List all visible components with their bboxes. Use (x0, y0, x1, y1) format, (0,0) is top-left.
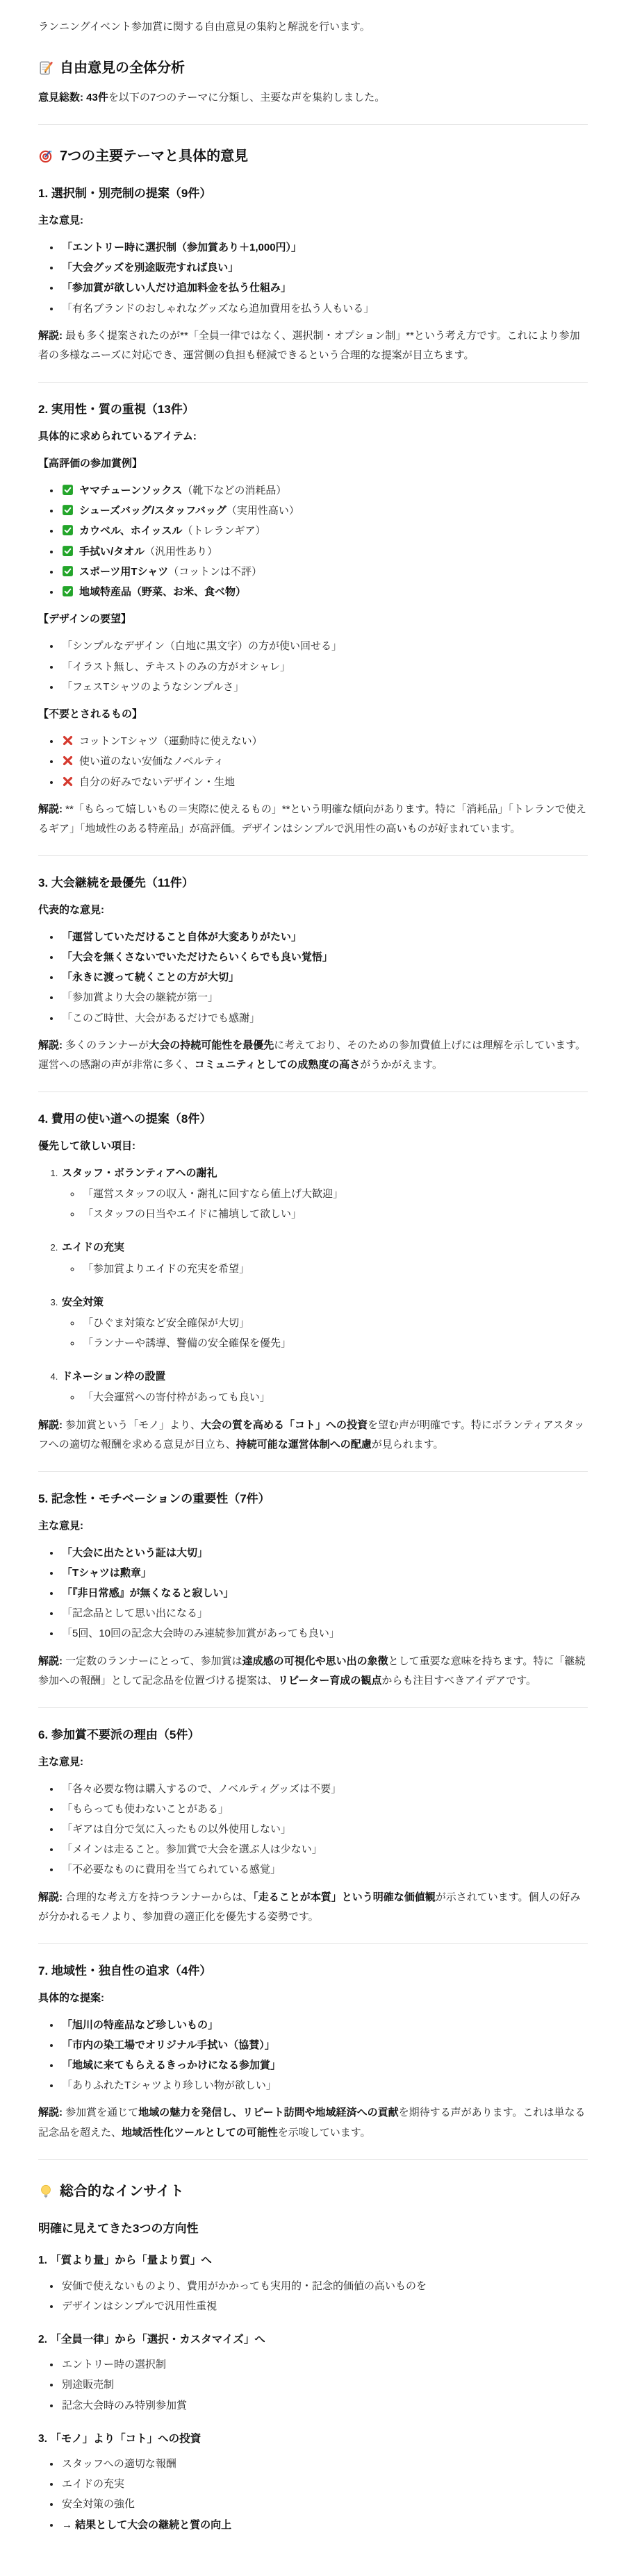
text-run: 「メインは走ること。参加賞で大会を選ぶ人は少ない」 (62, 1843, 322, 1855)
text-run: 「5回、10回の記念大会時のみ連続参加賞があっても良い」 (62, 1628, 340, 1639)
theme-5-label: 主な意見: (38, 1516, 588, 1536)
insights-subheading: 明確に見えてきた3つの方向性 (38, 2220, 588, 2238)
bold-text-run: 意見総数: 43件 (38, 92, 108, 103)
list-item: 安価で使えないものより、費用がかかっても実用的・記念的価値の高いものを (60, 2277, 588, 2296)
theme-3-opinions: 「運営していただけること自体が大変ありがたい」「大会を無くさないでいただけたらい… (38, 928, 588, 1028)
list-item: 「シンプルなデザイン（白地に黒文字）の方が使い回せる」 (60, 637, 588, 656)
theme-5-heading: 5. 記念性・モチベーションの重要性（7件） (38, 1490, 588, 1508)
list-item: エントリー時の選択制 (60, 2355, 588, 2375)
theme-5-opinions: 「大会に出たという証は大切」「Tシャツは勲章」「『非日常感』が無くなると寂しい」… (38, 1544, 588, 1644)
insight-2-points: エントリー時の選択制別途販売制記念大会時のみ特別参加賞 (38, 2355, 588, 2416)
bold-text-run: 「『非日常感』が無くなると寂しい」 (62, 1587, 234, 1599)
theme-2-label: 具体的に求められているアイテム: (38, 427, 588, 446)
heading-text: 4. 費用の使い道への提案（8件） (38, 1112, 211, 1126)
insight-2-heading: 2. 「全員一律」から「選択・カスタマイズ」へ (38, 2332, 588, 2348)
sub-list-item: 「ランナーや誘導、警備の安全確保を優先」 (81, 1334, 588, 1353)
list-item: 「運営していただけること自体が大変ありがたい」 (60, 928, 588, 947)
intro-paragraph: ランニングイベント参加賞に関する自由意見の集約と解説を行います。 (38, 17, 588, 37)
text-run: 「ひぐま対策など安全確保が大切」 (83, 1317, 249, 1329)
text-run: 「参加賞より大会の継続が第一」 (62, 992, 218, 1003)
list-item: 使い道のない安価なノベルティ (60, 752, 588, 771)
theme-3-heading: 3. 大会継続を最優先（11件） (38, 874, 588, 892)
list-item: 「大会に出たという証は大切」 (60, 1544, 588, 1563)
bold-text-run: 具体的に求められているアイテム: (38, 430, 197, 442)
text-run: スタッフへの適切な報酬 (62, 2458, 176, 2470)
bold-text-run: 達成感の可視化や思い出の象徴 (242, 1655, 388, 1667)
theme-3-label: 代表的な意見: (38, 901, 588, 920)
text-run: 「スタッフの日当やエイドに補填して欲しい」 (83, 1208, 302, 1220)
theme-2-sublabel-good: 【高評価の参加賞例】 (38, 454, 588, 474)
text-run: 使い道のない安価なノベルティ (79, 755, 224, 767)
text-run: 「ランナーや誘導、警備の安全確保を優先」 (83, 1337, 291, 1349)
text-run: **「もらって嬉しいもの＝実際に使えるもの」**という明確な傾向があります。特に… (38, 803, 586, 835)
bold-text-run: 「運営していただけること自体が大変ありがたい」 (62, 931, 302, 943)
text-run: 「運営スタッフの収入・謝礼に回すなら値上げ大歓迎」 (83, 1188, 343, 1200)
sub-list-item: 「運営スタッフの収入・謝礼に回すなら値上げ大歓迎」 (81, 1185, 588, 1204)
theme-1-heading: 1. 選択制・別売制の提案（9件） (38, 185, 588, 203)
bold-text-run: 解説: (38, 803, 65, 815)
numbered-item: エイドの充実「参加賞よりエイドの充実を希望」 (60, 1238, 588, 1278)
bold-text-run: 「地域に来てもらえるきっかけになる参加賞」 (62, 2059, 281, 2071)
bold-text-run: コミュニティとしての成熟度の高さ (195, 1059, 361, 1071)
bold-text-run: 持続可能な運営体制への配慮 (236, 1439, 372, 1450)
text-run: コットンTシャツ（運動時に使えない） (79, 735, 263, 747)
list-item: 「不必要なものに費用を当てられている感覚」 (60, 1860, 588, 1880)
sub-list-item: 「ひぐま対策など安全確保が大切」 (81, 1314, 588, 1333)
bold-text-run: 安全対策 (62, 1296, 104, 1308)
bold-text-run: 「大会に出たという証は大切」 (62, 1547, 208, 1559)
divider (38, 2159, 588, 2160)
bold-text-run: 主な意見: (38, 215, 83, 226)
text-run: 自分の好みでないデザイン・生地 (79, 776, 235, 788)
divider (38, 1707, 588, 1708)
bold-text-run: 【デザインの要望】 (38, 613, 131, 625)
list-item: 「エントリー時に選択制（参加賞あり＋1,000円）」 (60, 238, 588, 258)
theme-4-priorities: スタッフ・ボランティアへの謝礼「運営スタッフの収入・謝礼に回すなら値上げ大歓迎」… (38, 1164, 588, 1408)
theme-2-sublabel-unwanted: 【不要とされるもの】 (38, 705, 588, 724)
heading-text: 3. 大会継続を最優先（11件） (38, 876, 194, 889)
text-run: からも注目すべきアイデアです。 (381, 1675, 536, 1687)
numbered-item: ドネーション枠の設置「大会運営への寄付枠があっても良い」 (60, 1367, 588, 1407)
text-run: を以下の7つのテーマに分類し、主要な声を集約しました。 (108, 92, 385, 103)
theme-7-opinions: 「旭川の特産品など珍しいもの」「市内の染工場でオリジナル手拭い（協賛）」「地域に… (38, 2016, 588, 2096)
bold-text-run: 「エントリー時に選択制（参加賞あり＋1,000円）」 (62, 242, 302, 253)
bold-text-run: 【不要とされるもの】 (38, 708, 142, 720)
bold-text-run: ヤマチューンソックス (79, 485, 182, 496)
text-run: 「ありふれたTシャツより珍しい物が欲しい」 (62, 2080, 277, 2091)
insight-3-points: スタッフへの適切な報酬エイドの充実安全対策の強化→ 結果として大会の継続と質の向… (38, 2454, 588, 2535)
heading-text: 2. 「全員一律」から「選択・カスタマイズ」へ (38, 2334, 265, 2345)
check-icon (62, 484, 74, 496)
theme-6-heading: 6. 参加賞不要派の理由（5件） (38, 1726, 588, 1744)
check-icon (62, 565, 74, 577)
memo-icon (38, 60, 53, 76)
list-item: コットンTシャツ（運動時に使えない） (60, 732, 588, 751)
bold-text-run: 解説: (38, 1891, 65, 1903)
divider (38, 382, 588, 383)
bold-text-run: 主な意見: (38, 1520, 83, 1532)
list-item: カウベル、ホイッスル（トレランギア） (60, 521, 588, 541)
bold-text-run: 大会の質を高める「コト」への投資 (201, 1419, 368, 1431)
theme-2-unwanted-items: コットンTシャツ（運動時に使えない）使い道のない安価なノベルティ自分の好みでない… (38, 732, 588, 792)
cross-icon (62, 755, 74, 767)
insight-1-points: 安価で使えないものより、費用がかかっても実用的・記念的価値の高いものをデザインは… (38, 2277, 588, 2316)
heading-text: 6. 参加賞不要派の理由（5件） (38, 1728, 199, 1741)
bold-text-run: → 結果として大会の継続と質の向上 (62, 2519, 231, 2531)
text-run: 「大会運営への寄付枠があっても良い」 (83, 1391, 270, 1403)
bold-text-run: スポーツ用Tシャツ (79, 566, 168, 578)
list-item: 自分の好みでないデザイン・生地 (60, 773, 588, 792)
bold-text-run: 手拭い/タオル (79, 546, 145, 558)
text-run: 多くのランナーが (65, 1039, 149, 1051)
heading-text: 7つの主要テーマと具体的意見 (60, 146, 248, 167)
insight-3-heading: 3. 「モノ」より「コト」への投資 (38, 2431, 588, 2447)
text-run: 「有名ブランドのおしゃれなグッズなら追加費用を払う人もいる」 (62, 303, 374, 315)
theme-7-commentary: 解説: 参加賞を通じて地域の魅力を発信し、リピート訪問や地域経済への貢献を期待す… (38, 2103, 588, 2142)
text-run: 「各々必要な物は購入するので、ノベルティグッズは不要」 (62, 1783, 341, 1795)
theme-7-heading: 7. 地域性・独自性の追求（4件） (38, 1962, 588, 1980)
text-run: 「シンプルなデザイン（白地に黒文字）の方が使い回せる」 (62, 640, 342, 652)
text-run: 参加賞という「モノ」より、 (65, 1419, 201, 1431)
bold-text-run: 解説: (38, 1419, 65, 1431)
bold-text-run: エイドの充実 (62, 1241, 124, 1253)
bold-text-run: 解説: (38, 330, 65, 342)
text-run: （トレランギア） (183, 525, 266, 537)
heading-text: 1. 「質より量」から「量より質」へ (38, 2255, 212, 2266)
theme-4-label: 優先して欲しい項目: (38, 1137, 588, 1156)
theme-2-heading: 2. 実用性・質の重視（13件） (38, 401, 588, 419)
theme-6-commentary: 解説: 合理的な考え方を持つランナーからは、「走ることが本質」という明確な価値観… (38, 1888, 588, 1927)
document-body: ランニングイベント参加賞に関する自由意見の集約と解説を行います。自由意見の全体分… (38, 17, 588, 2535)
check-icon (62, 504, 74, 516)
theme-4-heading: 4. 費用の使い道への提案（8件） (38, 1110, 588, 1128)
list-item: 安全対策の強化 (60, 2495, 588, 2514)
list-item: 「地域に来てもらえるきっかけになる参加賞」 (60, 2056, 588, 2075)
bold-text-run: 具体的な提案: (38, 1992, 104, 2004)
divider (38, 1092, 588, 1092)
list-item: 地域特産品（野菜、お米、食べ物） (60, 583, 588, 602)
theme-2-sublabel-design: 【デザインの要望】 (38, 610, 588, 629)
bulb-icon (38, 2184, 53, 2199)
text-run: 「不必要なものに費用を当てられている感覚」 (62, 1864, 281, 1875)
bold-text-run: 「大会を無くさないでいただけたらいくらでも良い覚悟」 (62, 951, 333, 963)
list-item: 「参加賞が欲しい人だけ追加料金を払う仕組み」 (60, 278, 588, 298)
theme-2-design-items: 「シンプルなデザイン（白地に黒文字）の方が使い回せる」「イラスト無し、テキストの… (38, 637, 588, 697)
list-item: 「『非日常感』が無くなると寂しい」 (60, 1584, 588, 1603)
list-item: 「メインは走ること。参加賞で大会を選ぶ人は少ない」 (60, 1840, 588, 1859)
bold-text-run: 解説: (38, 1655, 65, 1667)
list-item: シューズバッグ/スタッフバッグ（実用性高い） (60, 501, 588, 521)
list-item: 「ギアは自分で気に入ったもの以外使用しない」 (60, 1820, 588, 1839)
text-run: 「このご時世、大会があるだけでも感謝」 (62, 1012, 260, 1024)
bold-text-run: 優先して欲しい項目: (38, 1140, 135, 1152)
bold-text-run: 「走ることが本質」という明確な価値観 (253, 1891, 436, 1903)
text-run: 「イラスト無し、テキストのみの方がオシャレ」 (62, 661, 290, 673)
list-item: 「フェスTシャツのようなシンプルさ」 (60, 678, 588, 697)
theme-4-commentary: 解説: 参加賞という「モノ」より、大会の質を高める「コト」への投資を望む声が明確… (38, 1416, 588, 1455)
sub-list-item: 「大会運営への寄付枠があっても良い」 (81, 1388, 588, 1407)
bold-text-run: 「市内の染工場でオリジナル手拭い（協賛）」 (62, 2039, 275, 2051)
list-item: 「もらっても使わないことがある」 (60, 1800, 588, 1819)
cross-icon (62, 735, 74, 746)
bold-text-run: 解説: (38, 1039, 65, 1051)
list-item: ヤマチューンソックス（靴下などの消耗品） (60, 481, 588, 501)
text-run: 記念大会時のみ特別参加賞 (62, 2400, 187, 2411)
bold-text-run: シューズバッグ/スタッフバッグ (79, 505, 226, 517)
heading-text: 1. 選択制・別売制の提案（9件） (38, 187, 211, 200)
bold-text-run: ドネーション枠の設置 (62, 1371, 165, 1382)
list-item: 「旭川の特産品など珍しいもの」 (60, 2016, 588, 2035)
text-run: 「記念品として思い出になる」 (62, 1607, 208, 1619)
bold-text-run: 「大会グッズを別途販売すれば良い」 (62, 262, 238, 274)
cross-icon (62, 776, 74, 787)
theme-6-label: 主な意見: (38, 1753, 588, 1772)
list-item: 「ありふれたTシャツより珍しい物が欲しい」 (60, 2076, 588, 2096)
list-item: 手拭い/タオル（汎用性あり） (60, 542, 588, 562)
bold-text-run: 解説: (38, 2107, 65, 2118)
text-run: を示唆しています。 (278, 2127, 371, 2139)
bold-text-run: 「Tシャツは勲章」 (62, 1567, 151, 1579)
sub-bullet-list: 「ひぐま対策など安全確保が大切」「ランナーや誘導、警備の安全確保を優先」 (62, 1314, 588, 1353)
list-item: 「5回、10回の記念大会時のみ連続参加賞があっても良い」 (60, 1624, 588, 1644)
text-run: 合理的な考え方を持つランナーからは、 (65, 1891, 253, 1903)
list-item: 別途販売制 (60, 2375, 588, 2395)
list-item: 「大会を無くさないでいただけたらいくらでも良い覚悟」 (60, 948, 588, 967)
bold-text-run: 「参加賞が欲しい人だけ追加料金を払う仕組み」 (62, 282, 291, 294)
numbered-item: スタッフ・ボランティアへの謝礼「運営スタッフの収入・謝礼に回すなら値上げ大歓迎」… (60, 1164, 588, 1225)
themes-heading: 7つの主要テーマと具体的意見 (38, 146, 588, 167)
sub-bullet-list: 「参加賞よりエイドの充実を希望」 (62, 1260, 588, 1279)
theme-1-label: 主な意見: (38, 211, 588, 231)
text-run: （コットンは不評） (168, 566, 262, 578)
divider (38, 855, 588, 856)
sub-bullet-list: 「運営スタッフの収入・謝礼に回すなら値上げ大歓迎」「スタッフの日当やエイドに補填… (62, 1185, 588, 1224)
heading-text: 明確に見えてきた3つの方向性 (38, 2222, 198, 2235)
list-item: スタッフへの適切な報酬 (60, 2454, 588, 2474)
bold-text-run: 大会の持続可能性を最優先 (149, 1039, 274, 1051)
theme-7-label: 具体的な提案: (38, 1989, 588, 2008)
text-run: が見られます。 (372, 1439, 444, 1450)
text-run: ランニングイベント参加賞に関する自由意見の集約と解説を行います。 (38, 21, 370, 33)
bold-text-run: 地域特産品（野菜、お米、食べ物） (79, 586, 246, 598)
text-run: 安全対策の強化 (62, 2498, 135, 2510)
list-item: 記念大会時のみ特別参加賞 (60, 2396, 588, 2416)
divider (38, 1471, 588, 1472)
theme-1-commentary: 解説: 最も多く提案されたのが**「全員一律ではなく、選択制・オプション制」**… (38, 326, 588, 365)
heading-text: 総合的なインサイト (60, 2181, 184, 2202)
text-run: 「参加賞よりエイドの充実を希望」 (83, 1263, 249, 1275)
theme-2-good-items: ヤマチューンソックス（靴下などの消耗品）シューズバッグ/スタッフバッグ（実用性高… (38, 481, 588, 602)
theme-6-opinions: 「各々必要な物は購入するので、ノベルティグッズは不要」「もらっても使わないことが… (38, 1780, 588, 1880)
text-run: 「フェスTシャツのようなシンプルさ」 (62, 681, 244, 693)
numbered-item: 安全対策「ひぐま対策など安全確保が大切」「ランナーや誘導、警備の安全確保を優先」 (60, 1293, 588, 1354)
text-run: 「ギアは自分で気に入ったもの以外使用しない」 (62, 1823, 291, 1835)
divider (38, 1943, 588, 1944)
bold-text-run: 「永きに渡って続くことの方が大切」 (62, 971, 239, 983)
text-run: （靴下などの消耗品） (182, 485, 286, 496)
text-run: エイドの充実 (62, 2478, 124, 2490)
list-item: 「参加賞より大会の継続が第一」 (60, 988, 588, 1007)
text-run: （実用性高い） (226, 505, 299, 517)
total-count-paragraph: 意見総数: 43件を以下の7つのテーマに分類し、主要な声を集約しました。 (38, 88, 588, 108)
text-run: 最も多く提案されたのが**「全員一律ではなく、選択制・オプション制」**という考… (38, 330, 580, 361)
theme-5-commentary: 解説: 一定数のランナーにとって、参加賞は達成感の可視化や思い出の象徴として重要… (38, 1652, 588, 1691)
heading-text: 3. 「モノ」より「コト」への投資 (38, 2433, 201, 2445)
text-run: がうかがえます。 (360, 1059, 443, 1071)
list-item: エイドの充実 (60, 2475, 588, 2494)
list-item: 「市内の染工場でオリジナル手拭い（協賛）」 (60, 2036, 588, 2055)
bold-text-run: カウベル、ホイッスル (79, 525, 183, 537)
heading-text: 2. 実用性・質の重視（13件） (38, 403, 195, 416)
check-icon (62, 524, 74, 536)
list-item: 「イラスト無し、テキストのみの方がオシャレ」 (60, 658, 588, 677)
insights-heading: 総合的なインサイト (38, 2181, 588, 2202)
text-run: 一定数のランナーにとって、参加賞は (65, 1655, 242, 1667)
bold-text-run: 代表的な意見: (38, 904, 104, 916)
bold-text-run: 「旭川の特産品など珍しいもの」 (62, 2019, 218, 2031)
insight-1-heading: 1. 「質より量」から「量より質」へ (38, 2252, 588, 2268)
bold-text-run: スタッフ・ボランティアへの謝礼 (62, 1167, 217, 1179)
list-item: 「有名ブランドのおしゃれなグッズなら追加費用を払う人もいる」 (60, 299, 588, 319)
list-item: 「永きに渡って続くことの方が大切」 (60, 968, 588, 987)
sub-bullet-list: 「大会運営への寄付枠があっても良い」 (62, 1388, 588, 1407)
bold-text-run: 主な意見: (38, 1756, 83, 1768)
list-item: 「Tシャツは勲章」 (60, 1564, 588, 1583)
bold-text-run: 地域の魅力を発信し、リピート訪問や地域経済への貢献 (138, 2107, 398, 2118)
heading-text: 7. 地域性・独自性の追求（4件） (38, 1964, 211, 1977)
check-icon (62, 545, 74, 557)
bold-text-run: リピーター育成の観点 (278, 1675, 381, 1687)
text-run: エントリー時の選択制 (62, 2359, 166, 2370)
sub-list-item: 「スタッフの日当やエイドに補填して欲しい」 (81, 1205, 588, 1224)
text-run: 「もらっても使わないことがある」 (62, 1803, 229, 1815)
theme-2-commentary: 解説: **「もらって嬉しいもの＝実際に使えるもの」**という明確な傾向がありま… (38, 800, 588, 839)
target-icon (38, 149, 53, 164)
text-run: （汎用性あり） (145, 546, 217, 558)
bold-text-run: 【高評価の参加賞例】 (38, 458, 142, 469)
list-item: 「各々必要な物は購入するので、ノベルティグッズは不要」 (60, 1780, 588, 1799)
list-item: → 結果として大会の継続と質の向上 (60, 2516, 588, 2535)
theme-3-commentary: 解説: 多くのランナーが大会の持続可能性を最優先に考えており、そのための参加費値… (38, 1036, 588, 1075)
check-icon (62, 585, 74, 597)
text-run: 参加賞を通じて (65, 2107, 138, 2118)
heading-text: 自由意見の全体分析 (60, 58, 185, 78)
text-run: 別途販売制 (62, 2379, 114, 2391)
text-run: デザインはシンプルで汎用性重視 (62, 2300, 217, 2312)
theme-1-opinions: 「エントリー時に選択制（参加賞あり＋1,000円）」「大会グッズを別途販売すれば… (38, 238, 588, 319)
heading-text: 5. 記念性・モチベーションの重要性（7件） (38, 1492, 270, 1505)
text-run: 安価で使えないものより、費用がかかっても実用的・記念的価値の高いものを (62, 2280, 427, 2292)
list-item: 「記念品として思い出になる」 (60, 1604, 588, 1623)
bold-text-run: 地域活性化ツールとしての可能性 (122, 2127, 278, 2139)
list-item: 「このご時世、大会があるだけでも感謝」 (60, 1009, 588, 1028)
overall-analysis-heading: 自由意見の全体分析 (38, 58, 588, 78)
list-item: 「大会グッズを別途販売すれば良い」 (60, 258, 588, 278)
list-item: スポーツ用Tシャツ（コットンは不評） (60, 562, 588, 582)
sub-list-item: 「参加賞よりエイドの充実を希望」 (81, 1260, 588, 1279)
list-item: デザインはシンプルで汎用性重視 (60, 2297, 588, 2316)
divider (38, 124, 588, 125)
